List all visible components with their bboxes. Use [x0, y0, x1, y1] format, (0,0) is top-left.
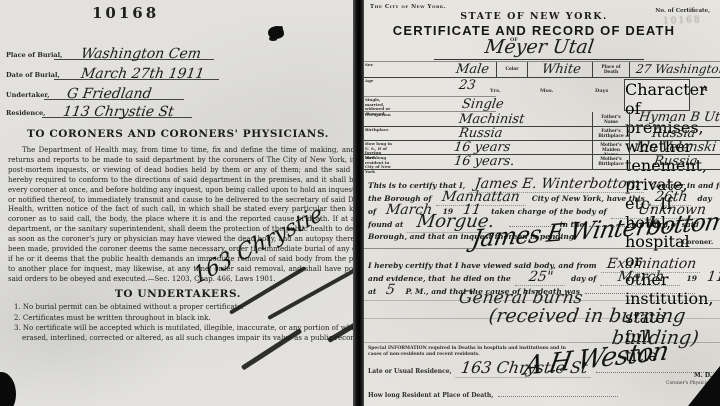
fathers-name-label: Father's Name: [592, 112, 630, 127]
resident-duration-line: How long Resident at Place of Death,: [368, 382, 648, 401]
coroners-section-heading: TO CORONERS AND CORONERS' PHYSICIANS.: [0, 128, 356, 140]
years-in-nyc-value: 16 years.: [453, 154, 516, 169]
age-months-label: Mos.: [540, 88, 553, 94]
printed-text: at: [368, 287, 376, 296]
ink-blot-corner: [0, 372, 16, 406]
city-caption: The City of New York.: [370, 4, 446, 10]
age-value: 23: [458, 78, 477, 93]
state-caption: STATE OF NEW YORK.: [364, 11, 704, 22]
resident-duration-label: How long Resident at Place of Death,: [368, 392, 493, 399]
document-number: 10168: [92, 4, 159, 22]
field-undertaker-residence: Residence, 113 Chrystie St: [6, 100, 167, 118]
cause-of-death-handwritten-2: (received in burning: [487, 305, 687, 327]
fathers-name-value: Hyman B Utal: [638, 110, 720, 125]
table-row-birthplace-father: Birthplace Russia Father's Birthplace Ru…: [364, 127, 720, 141]
md-label: M. D.: [694, 372, 712, 379]
row-label: Birthplace: [365, 128, 393, 133]
fathers-birthplace-value: Russia: [651, 126, 697, 141]
fathers-birthplace-label: Father's Birthplace: [592, 127, 630, 141]
field-label: Date of Burial,: [6, 71, 60, 79]
place-of-death-label: Place of Death: [592, 62, 630, 78]
age-days-label: Days: [595, 88, 608, 94]
mothers-maiden-name-value: Ida Velenski: [635, 140, 717, 155]
field-value-handwritten: March 27th 1911: [80, 66, 205, 82]
row-label: Occupation: [365, 113, 393, 118]
mothers-birthplace-label: Mother's Birthplace: [592, 155, 630, 170]
sex-value: Male: [455, 62, 490, 77]
field-value-handwritten: 113 Chrystie St: [61, 104, 174, 120]
certificate-number-stamp: 10168: [663, 15, 702, 26]
field-place-of-burial: Place of Burial, Washington Cem: [6, 42, 193, 60]
death-hour-handwritten: 5: [380, 282, 401, 298]
field-label: Place of Burial,: [6, 51, 62, 59]
burial-permit-page: 10168 Place of Burial, Washington Cem Da…: [0, 0, 356, 406]
deceased-name-handwritten: Meyer Utal: [483, 36, 595, 58]
years-in-us-value: 16 years: [453, 140, 511, 155]
field-label: Undertaker,: [6, 91, 50, 99]
age-years-label: Yrs.: [490, 88, 501, 94]
field-label: Residence,: [6, 109, 45, 117]
coroner-label: Coroner.: [682, 238, 713, 246]
row-label: Age: [365, 79, 393, 84]
scanned-death-certificate: 10168 Place of Burial, Washington Cem Da…: [0, 0, 720, 406]
table-row-us-years-mother: How long in U. S., if of foreign birth 1…: [364, 141, 720, 155]
color-label: Color: [496, 62, 528, 78]
field-undertaker: Undertaker, G Friedland: [6, 82, 145, 100]
table-row-nyc-years-mother-birthplace: How long resident in City of New York 16…: [364, 155, 720, 170]
table-row-sex-color-place: Sex Male Color White Place of Death 27 W…: [364, 62, 720, 78]
certificate-number-label: No. of Certificate,: [655, 8, 710, 14]
field-date-of-burial: Date of Burial, March 27th 1911: [6, 62, 194, 80]
mothers-birthplace-value: Russia: [653, 154, 699, 169]
row-label: Sex: [365, 63, 393, 68]
occupation-value: Machinist: [458, 112, 525, 127]
marital-value: Single: [461, 97, 505, 112]
residence-label: Late or Usual Residence,: [368, 368, 452, 375]
birthplace-value: Russia: [458, 126, 504, 141]
color-value: White: [541, 62, 582, 77]
ink-blot-mark: [268, 26, 284, 39]
table-row-occupation-father: Occupation Machinist Father's Name Hyman…: [364, 112, 720, 127]
row-label: How long resident in City of New York: [365, 156, 393, 174]
mothers-maiden-name-label: Mother's Maiden Name: [592, 141, 630, 155]
death-certificate-page: The City of New York. STATE OF NEW YORK.…: [364, 0, 720, 406]
deceased-name-line: Meyer Utal: [434, 36, 644, 60]
place-of-death-value: 27 Washington Place.: [635, 62, 720, 76]
field-value-handwritten: Washington Cem: [80, 46, 202, 62]
